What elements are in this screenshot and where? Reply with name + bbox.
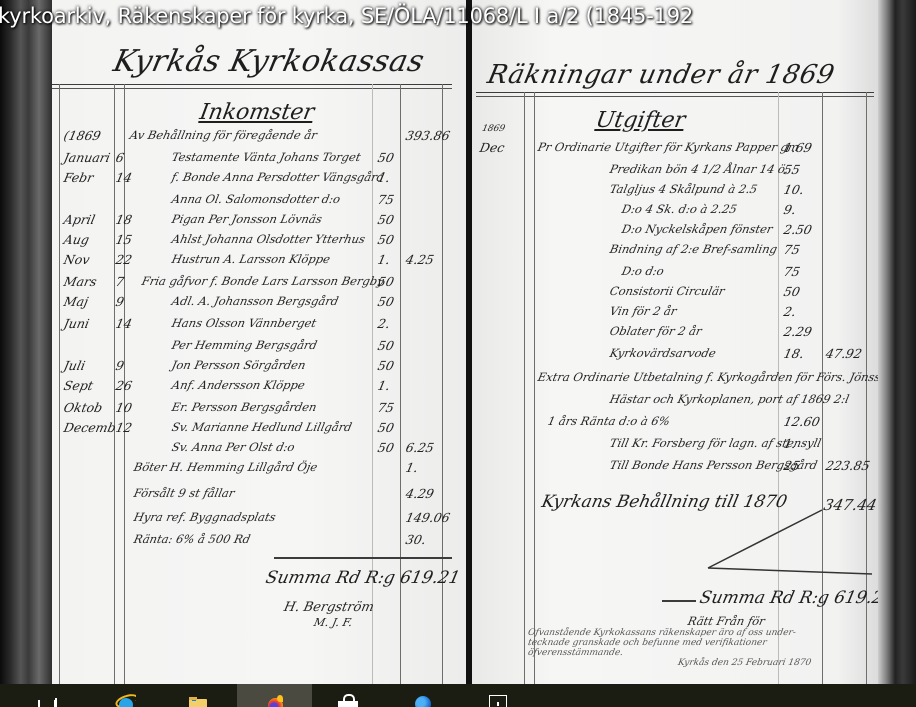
day-cell: 26: [114, 378, 133, 393]
amount-cell: 55: [782, 162, 801, 177]
sum-dash: [662, 600, 696, 602]
month-cell: Sept: [62, 378, 94, 393]
amount-cell: 50: [376, 440, 395, 455]
description-cell: Oblater för 2 år: [609, 324, 704, 338]
table-row: Oktob10Er. Persson Bergsgården75: [52, 400, 452, 418]
table-row: Consistorii Circulär50: [472, 284, 872, 302]
description-cell: 1 års Ränta d:o à 6%: [547, 414, 672, 428]
amount-cell: 50: [376, 212, 395, 227]
day-cell: 18: [114, 212, 133, 227]
taskbar-firefox[interactable]: [237, 684, 312, 707]
description-cell: Anna Ol. Salomonsdotter d:o: [171, 192, 342, 206]
ledger-page-income: Kyrkås Kyrkokassas Inkomster (1869 Av Be…: [52, 0, 468, 684]
table-row: Försålt 9 st fållar4.29: [52, 486, 452, 504]
description-cell: Hans Olsson Vännberget: [171, 316, 318, 330]
app-window-icon: [487, 693, 509, 707]
table-row: Hästar och Kyrkoplanen, port af 1869 2:l: [472, 392, 872, 410]
description-cell: Bindning af 2:e Bref-samling: [609, 242, 779, 256]
taskbar-file-explorer[interactable]: [160, 684, 235, 707]
description-cell: D:o 4 Sk. d:o à 2.25: [621, 202, 739, 216]
page-title: Räkningar under år 1869: [485, 60, 838, 90]
table-row: Oblater för 2 år2.29: [472, 324, 872, 342]
day-cell: 7: [114, 274, 125, 289]
amount-cell: 50: [376, 150, 395, 165]
column-line: [524, 92, 525, 684]
taskbar: [0, 684, 916, 707]
audit-note: Ofvanstående Kyrkokassans räkenskaper är…: [528, 628, 868, 668]
amount-cell: 75: [376, 400, 395, 415]
table-row: Kyrkovärdsarvode18.47.92: [472, 346, 872, 364]
table-row: Vin för 2 år2.: [472, 304, 872, 322]
amount-cell: 12.60: [782, 414, 821, 429]
total-cell: 47.92: [824, 346, 863, 361]
amount-cell: 25: [782, 458, 801, 473]
table-row: April18Pigan Per Jonsson Lövnäs50: [52, 212, 452, 230]
section-heading: Inkomster: [198, 100, 316, 125]
internet-explorer-icon: [114, 693, 136, 707]
amount-cell: 2.29: [782, 324, 813, 339]
description-cell: Fria gåfvor f. Bonde Lars Larsson Bergby: [141, 274, 386, 288]
table-row: Mars7Fria gåfvor f. Bonde Lars Larsson B…: [52, 274, 452, 292]
taskbar-edge[interactable]: [385, 684, 460, 707]
amount-cell: 50: [376, 420, 395, 435]
description-cell: Av Behållning för föregående år: [129, 128, 319, 142]
total-cell: 223.85: [824, 458, 871, 473]
description-cell: Hyra ref. Byggnadsplats: [133, 510, 278, 524]
page-title: Kyrkås Kyrkokassas: [110, 44, 427, 79]
description-cell: Sv. Anna Per Olst d:o: [171, 440, 297, 454]
description-cell: Vin för 2 år: [609, 304, 678, 318]
table-row: Av Behållning för föregående år393.86: [52, 128, 452, 146]
description-cell: D:o Nyckelskåpen fönster: [621, 222, 774, 236]
folder-icon: [187, 693, 209, 707]
description-cell: Talgljus 4 Skålpund à 2.5: [609, 182, 759, 196]
month-cell: Febr: [62, 170, 95, 185]
amount-cell: 50: [376, 338, 395, 353]
amount-cell: 75: [782, 264, 801, 279]
month-cell: Juni: [62, 316, 90, 331]
signature: H. Bergström: [282, 600, 375, 615]
total-cell: 1.: [404, 460, 419, 475]
table-row: Nov22Hustrun A. Larsson Klöppe1.4.25: [52, 252, 452, 270]
month-cell: Nov: [62, 252, 91, 267]
section-heading: Utgifter: [594, 108, 687, 133]
day-cell: 14: [114, 170, 133, 185]
day-cell: 10: [114, 400, 133, 415]
amount-cell: 75: [782, 242, 801, 257]
taskbar-store[interactable]: [310, 684, 385, 707]
table-row: D:o 4 Sk. d:o à 2.259.: [472, 202, 872, 220]
table-row: D:o Nyckelskåpen fönster2.50: [472, 222, 872, 240]
total-cell: 6.25: [404, 440, 435, 455]
table-row: Pr Ordinarie Utgifter för Kyrkans Papper…: [472, 140, 872, 158]
month-cell: Maj: [62, 294, 89, 309]
total-cell: 393.86: [404, 128, 451, 143]
total-cell: 4.29: [404, 486, 435, 501]
description-cell: Hästar och Kyrkoplanen, port af 1869 2:l: [609, 392, 851, 406]
amount-cell: 50: [376, 294, 395, 309]
table-row: Maj9Adl. A. Johansson Bergsgård50: [52, 294, 452, 312]
amount-cell: 75: [376, 192, 395, 207]
table-row: 1 års Ränta d:o à 6%12.60: [472, 414, 872, 432]
amount-cell: 2.50: [782, 222, 813, 237]
total-cell: 4.25: [404, 252, 435, 267]
table-row: Talgljus 4 Skålpund à 2.510.: [472, 182, 872, 200]
header-rule: [476, 92, 874, 97]
expense-summa: Summa Rd R:g 619.21: [698, 588, 896, 608]
table-row: Per Hemming Bergsgård50: [52, 338, 452, 356]
table-row: Böter H. Hemming Lillgård Öje1.: [52, 460, 452, 478]
day-cell: 6: [114, 150, 125, 165]
description-cell: Consistorii Circulär: [609, 284, 727, 298]
table-row: Extra Ordinarie Utbetalning f. Kyrkogård…: [472, 370, 872, 388]
description-cell: Hustrun A. Larsson Klöppe: [171, 252, 332, 266]
income-summa: Summa Rd R:g 619.21: [264, 568, 462, 588]
total-cell: 149.06: [404, 510, 451, 525]
day-cell: 22: [114, 252, 133, 267]
description-cell: f. Bonde Anna Persdotter Vängsgård: [171, 170, 386, 184]
book-binding-left: [0, 0, 52, 684]
description-cell: Böter H. Hemming Lillgård Öje: [133, 460, 319, 474]
amount-cell: 50: [376, 358, 395, 373]
amount-cell: 50: [376, 274, 395, 289]
month-cell: Aug: [62, 232, 90, 247]
document-viewer[interactable]: Kyrkås Kyrkokassas Inkomster (1869 Av Be…: [0, 0, 916, 684]
month-cell: Mars: [62, 274, 98, 289]
amount-cell: 18.: [782, 346, 805, 361]
sum-rule: [274, 557, 452, 559]
table-row: Till Bonde Hans Persson Bergsgård25223.8…: [472, 458, 872, 476]
table-row: Hyra ref. Byggnadsplats149.06: [52, 510, 452, 528]
table-row: Juli9Jon Persson Sörgården50: [52, 358, 452, 376]
table-row: Aug15Ahlst Johanna Olsdotter Ytterhus50: [52, 232, 452, 250]
table-row: Bindning af 2:e Bref-samling75: [472, 242, 872, 260]
total-cell: 30.: [404, 532, 427, 547]
amount-cell: 1.69: [782, 140, 813, 155]
amount-cell: 10.: [782, 182, 805, 197]
table-row: D:o d:o75: [472, 264, 872, 282]
column-line: [534, 92, 535, 684]
table-row: Predikan bön 4 1/2 Ålnar 14 ö.55: [472, 162, 872, 180]
table-row: Febr14f. Bonde Anna Persdotter Vängsgård…: [52, 170, 452, 188]
day-cell: 14: [114, 316, 133, 331]
task-view-icon: [35, 693, 57, 707]
day-cell: 9: [114, 294, 125, 309]
amount-cell: 2.: [376, 316, 391, 331]
description-cell: Kyrkovärdsarvode: [609, 346, 718, 360]
taskbar-app-window[interactable]: [460, 684, 535, 707]
description-cell: Jon Persson Sörgården: [171, 358, 307, 372]
month-cell: Decemb: [62, 420, 117, 435]
amount-cell: 1.: [376, 252, 391, 267]
table-row: Juni14Hans Olsson Vännberget2.: [52, 316, 452, 334]
taskbar-task-view[interactable]: [8, 684, 83, 707]
description-cell: Adl. A. Johansson Bergsgård: [171, 294, 340, 308]
description-cell: Pigan Per Jonsson Lövnäs: [171, 212, 324, 226]
description-cell: Extra Ordinarie Utbetalning f. Kyrkogård…: [537, 370, 897, 384]
table-row: Sv. Anna Per Olst d:o506.25: [52, 440, 452, 458]
month-cell: Juli: [62, 358, 86, 373]
year-label: 1869: [481, 124, 506, 134]
book-binding-right: [878, 0, 916, 684]
amount-cell: 1.: [376, 378, 391, 393]
amount-cell: 9.: [782, 202, 797, 217]
shopping-bag-icon: [337, 693, 359, 707]
description-cell: Per Hemming Bergsgård: [171, 338, 319, 352]
description-cell: Testamente Vänta Johans Torget: [171, 150, 363, 164]
header-rule: [52, 84, 452, 89]
description-cell: Pr Ordinarie Utgifter för Kyrkans Papper…: [537, 140, 801, 154]
cancel-stroke: [702, 508, 874, 578]
amount-cell: 2.: [782, 304, 797, 319]
footer-heading: Rätt Från för: [687, 614, 767, 628]
day-cell: 9: [114, 358, 125, 373]
taskbar-internet-explorer[interactable]: [87, 684, 162, 707]
firefox-icon: [264, 693, 286, 707]
signature-sub: M. J. F.: [313, 616, 354, 629]
description-cell: Ränta: 6% å 500 Rd: [133, 532, 252, 546]
table-row: Till Kr. Forsberg för lagn. af stensyll1…: [472, 436, 872, 454]
table-row: Decemb12Sv. Marianne Hedlund Lillgård50: [52, 420, 452, 438]
description-cell: Sv. Marianne Hedlund Lillgård: [171, 420, 354, 434]
description-cell: D:o d:o: [621, 264, 666, 278]
description-cell: Anf. Andersson Klöppe: [171, 378, 307, 392]
month-cell: April: [62, 212, 96, 227]
description-cell: Ahlst Johanna Olsdotter Ytterhus: [171, 232, 367, 246]
document-title: kyrkoarkiv, Räkenskaper för kyrka, SE/ÖL…: [0, 4, 693, 28]
amount-cell: 1.: [376, 170, 391, 185]
description-cell: Er. Persson Bergsgården: [171, 400, 319, 414]
edge-icon: [412, 693, 434, 707]
table-row: Ränta: 6% å 500 Rd30.: [52, 532, 452, 550]
month-cell: Januari: [62, 150, 111, 165]
amount-cell: 50: [782, 284, 801, 299]
table-row: Januari6Testamente Vänta Johans Torget50: [52, 150, 452, 168]
month-cell: Oktob: [62, 400, 104, 415]
day-cell: 15: [114, 232, 133, 247]
day-cell: 12: [114, 420, 133, 435]
amount-cell: 50: [376, 232, 395, 247]
table-row: Sept26Anf. Andersson Klöppe1.: [52, 378, 452, 396]
ledger-page-expenses: Räkningar under år 1869 Utgifter 1869 De…: [472, 0, 878, 684]
description-cell: Predikan bön 4 1/2 Ålnar 14 ö.: [609, 162, 790, 176]
description-cell: Försålt 9 st fållar: [133, 486, 236, 500]
table-row: Anna Ol. Salomonsdotter d:o75: [52, 192, 452, 210]
